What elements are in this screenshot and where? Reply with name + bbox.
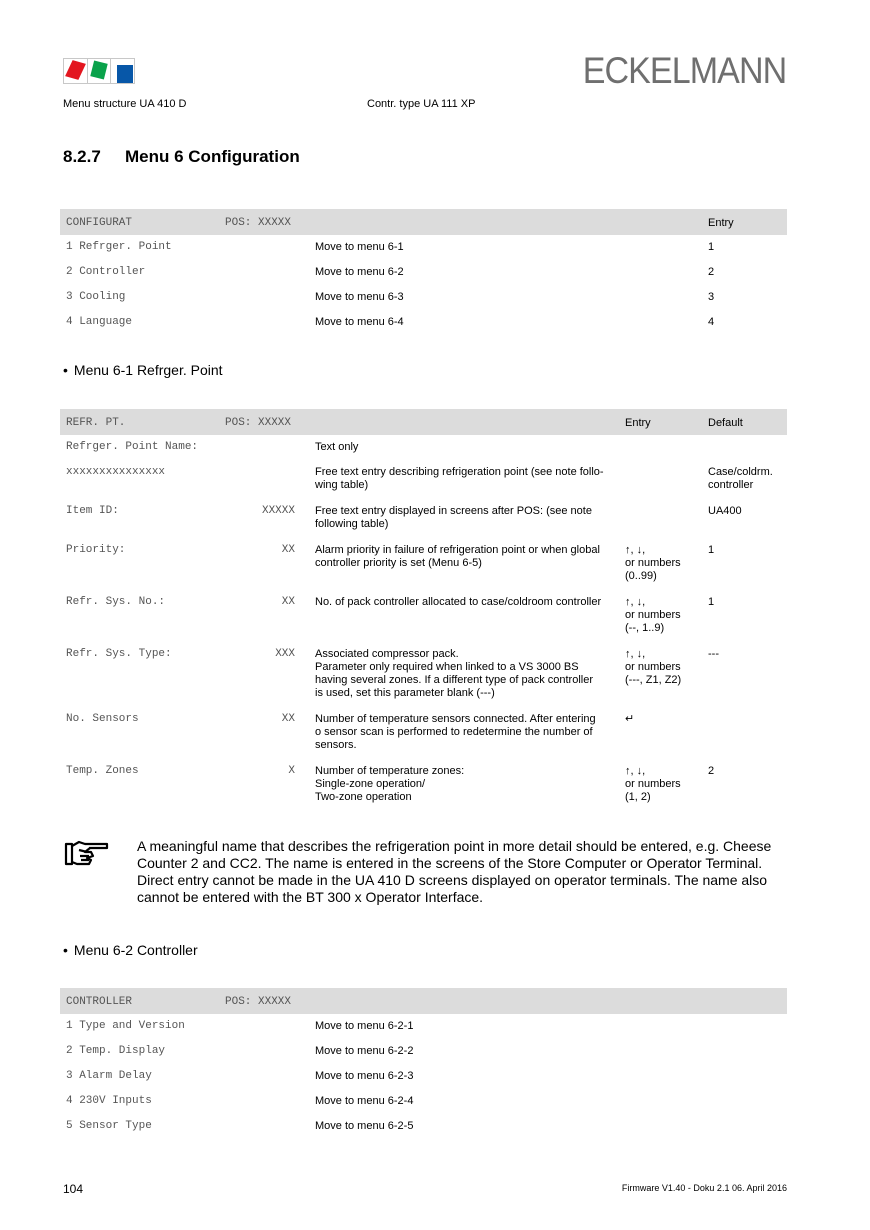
parameter-name: No. Sensors xyxy=(66,713,139,726)
table-row: 3 CoolingMove to menu 6-33 xyxy=(60,285,787,310)
menu-item-entry: 1 xyxy=(708,241,714,254)
parameter-entry: ↑, ↓,or numbers(1, 2) xyxy=(625,765,705,804)
parameter-default: --- xyxy=(708,648,788,661)
parameter-description: Number of temperature sensors connected.… xyxy=(315,713,615,752)
parameter-value: XX xyxy=(282,713,295,726)
table-row: Refrger. Point Name:Text only xyxy=(60,435,787,460)
parameter-description: Text only xyxy=(315,441,615,454)
menu-item-action: Move to menu 6-1 xyxy=(315,241,615,254)
menu-name: CONTROLLER xyxy=(66,996,132,1009)
menu-item-entry: 2 xyxy=(708,266,714,279)
subsection-menu-6-1: Menu 6-1 Refrger. Point xyxy=(63,362,223,378)
parameter-value: XXXXX xyxy=(262,505,295,518)
parameter-default: Case/coldrm.controller xyxy=(708,466,788,492)
menu-item-action: Move to menu 6-2-1 xyxy=(315,1020,615,1033)
parameter-entry: ↑, ↓,or numbers(---, Z1, Z2) xyxy=(625,648,705,687)
blue-square-icon xyxy=(117,65,133,83)
menu-item-action: Move to menu 6-2 xyxy=(315,266,615,279)
table-row: 3 Alarm DelayMove to menu 6-2-3 xyxy=(60,1064,787,1089)
table-row: No. SensorsXXNumber of temperature senso… xyxy=(60,707,787,759)
parameter-value: XX xyxy=(282,596,295,609)
section-title: Menu 6 Configuration xyxy=(125,147,300,166)
menu-item-name: 4 Language xyxy=(66,316,132,329)
parameter-entry: ↑, ↓,or numbers(--, 1..9) xyxy=(625,596,705,635)
table-row: 1 Type and VersionMove to menu 6-2-1 xyxy=(60,1014,787,1039)
parameter-name: Priority: xyxy=(66,544,125,557)
refrigeration-point-table: REFR. PT. POS: XXXXX Entry Default Refrg… xyxy=(60,409,787,811)
table-row: 2 Temp. DisplayMove to menu 6-2-2 xyxy=(60,1039,787,1064)
table-header: CONTROLLER POS: XXXXX xyxy=(60,988,787,1014)
menu-item-action: Move to menu 6-2-5 xyxy=(315,1120,615,1133)
brand-name: ECKELMANN xyxy=(582,50,786,92)
menu-item-name: 2 Temp. Display xyxy=(66,1045,165,1058)
table-row: 1 Refrger. PointMove to menu 6-11 xyxy=(60,235,787,260)
menu-item-name: 3 Cooling xyxy=(66,291,125,304)
parameter-name: xxxxxxxxxxxxxxx xyxy=(66,466,165,479)
parameter-default: 2 xyxy=(708,765,788,778)
parameter-entry: ↑, ↓,or numbers(0..99) xyxy=(625,544,705,583)
table-row: Refr. Sys. No.:XXNo. of pack controller … xyxy=(60,590,787,642)
table-row: 2 ControllerMove to menu 6-22 xyxy=(60,260,787,285)
table-row: Refr. Sys. Type:XXXAssociated compressor… xyxy=(60,642,787,707)
pos-field: POS: XXXXX xyxy=(225,417,291,430)
parameter-default: UA400 xyxy=(708,505,788,518)
menu-item-action: Move to menu 6-4 xyxy=(315,316,615,329)
entry-column-header: Entry xyxy=(625,417,705,430)
table-row: Priority:XXAlarm priority in failure of … xyxy=(60,538,787,590)
pos-field: POS: XXXXX xyxy=(225,217,291,230)
menu-name: REFR. PT. xyxy=(66,417,125,430)
menu-name: CONFIGURAT xyxy=(66,217,132,230)
section-heading: 8.2.7Menu 6 Configuration xyxy=(63,147,300,167)
parameter-description: Associated compressor pack.Parameter onl… xyxy=(315,648,615,700)
default-column-header: Default xyxy=(708,417,788,430)
parameter-value: X xyxy=(288,765,295,778)
table-row: xxxxxxxxxxxxxxxFree text entry describin… xyxy=(60,460,787,499)
menu-item-entry: 3 xyxy=(708,291,714,304)
menu-item-action: Move to menu 6-2-4 xyxy=(315,1095,615,1108)
menu-item-name: 1 Refrger. Point xyxy=(66,241,172,254)
page-number: 104 xyxy=(63,1182,83,1196)
parameter-name: Refr. Sys. Type: xyxy=(66,648,172,661)
parameter-description: Free text entry describing refrigeration… xyxy=(315,466,615,492)
parameter-default: 1 xyxy=(708,596,788,609)
parameter-description: Number of temperature zones:Single-zone … xyxy=(315,765,615,804)
configuration-menu-table: CONFIGURAT POS: XXXXX Entry 1 Refrger. P… xyxy=(60,209,787,335)
table-header: REFR. PT. POS: XXXXX Entry Default xyxy=(60,409,787,435)
parameter-description: No. of pack controller allocated to case… xyxy=(315,596,615,609)
menu-item-name: 5 Sensor Type xyxy=(66,1120,152,1133)
table-row: Item ID:XXXXXFree text entry displayed i… xyxy=(60,499,787,538)
menu-item-name: 4 230V Inputs xyxy=(66,1095,152,1108)
parameter-description: Free text entry displayed in screens aft… xyxy=(315,505,615,531)
footer-version-date: Firmware V1.40 - Doku 2.1 06. April 2016 xyxy=(622,1183,787,1193)
entry-column-header: Entry xyxy=(708,217,734,230)
parameter-default: 1 xyxy=(708,544,788,557)
pos-field: POS: XXXXX xyxy=(225,996,291,1009)
green-diamond-icon xyxy=(90,61,107,80)
parameter-description: Alarm priority in failure of refrigerati… xyxy=(315,544,615,570)
red-diamond-icon xyxy=(65,60,86,80)
parameter-entry: ↵ xyxy=(625,713,705,726)
parameter-name: Refrger. Point Name: xyxy=(66,441,198,454)
header-document-title: Menu structure UA 410 D xyxy=(63,98,187,110)
menu-item-name: 1 Type and Version xyxy=(66,1020,185,1033)
parameter-name: Item ID: xyxy=(66,505,119,518)
subsection-menu-6-2: Menu 6-2 Controller xyxy=(63,942,198,958)
table-row: Temp. ZonesXNumber of temperature zones:… xyxy=(60,759,787,811)
menu-item-name: 2 Controller xyxy=(66,266,145,279)
table-row: 5 Sensor TypeMove to menu 6-2-5 xyxy=(60,1114,787,1139)
pointing-hand-icon xyxy=(63,838,111,868)
eckelmann-logo xyxy=(63,58,135,83)
table-row: 4 LanguageMove to menu 6-44 xyxy=(60,310,787,335)
parameter-value: XX xyxy=(282,544,295,557)
menu-item-action: Move to menu 6-2-3 xyxy=(315,1070,615,1083)
table-header: CONFIGURAT POS: XXXXX Entry xyxy=(60,209,787,235)
menu-item-name: 3 Alarm Delay xyxy=(66,1070,152,1083)
parameter-value: XXX xyxy=(275,648,295,661)
parameter-name: Refr. Sys. No.: xyxy=(66,596,165,609)
header-controller-type: Contr. type UA 111 XP xyxy=(367,98,475,110)
menu-item-action: Move to menu 6-3 xyxy=(315,291,615,304)
menu-item-action: Move to menu 6-2-2 xyxy=(315,1045,615,1058)
table-row: 4 230V InputsMove to menu 6-2-4 xyxy=(60,1089,787,1114)
parameter-name: Temp. Zones xyxy=(66,765,139,778)
menu-item-entry: 4 xyxy=(708,316,714,329)
section-number: 8.2.7 xyxy=(63,147,125,167)
controller-menu-table: CONTROLLER POS: XXXXX 1 Type and Version… xyxy=(60,988,787,1139)
note-text: A meaningful name that describes the ref… xyxy=(137,838,797,906)
